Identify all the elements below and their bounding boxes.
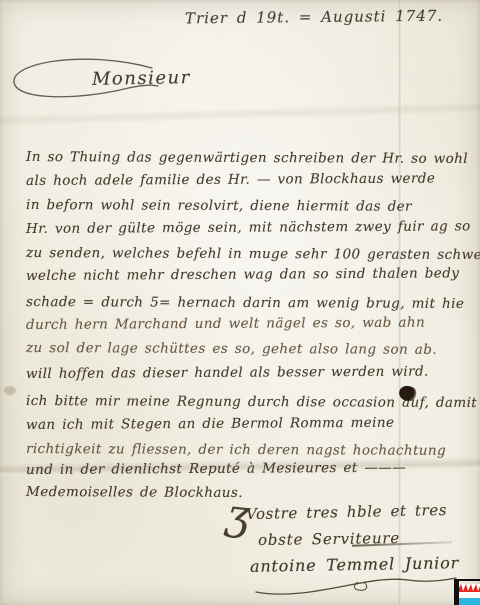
letter-line: und in der dienlichst Reputé à Mesieures… (26, 458, 466, 479)
dateline: Trier d 19t. = Augusti 1747. (185, 7, 443, 28)
letter-line: Hr. von der gülte möge sein, mit nächste… (26, 217, 466, 238)
letter-line: zu sol der lage schüttes es so, gehet al… (26, 339, 466, 359)
letter-line: welche nicht mehr dreschen wag dan so si… (26, 264, 466, 285)
letter-line: schade = durch 5= hernach darin am wenig… (26, 293, 466, 313)
letter-line: in beforn wohl sein resolvirt, diene hie… (26, 196, 466, 216)
letter-line: zu senden, welches befehl in muge sehr 1… (26, 244, 466, 264)
salutation: Monsieur (92, 67, 191, 90)
letter-line: wan ich mit Stegen an die Bermol Romma m… (26, 413, 466, 434)
letter-line: richtigkeit zu fliessen, der ich deren n… (26, 440, 466, 460)
letter-line: durch hern Marchand und welt nägel es so… (26, 313, 466, 334)
letter-line: In so Thuing das gegenwärtigen schreiben… (26, 148, 466, 168)
paper-stain (4, 386, 16, 395)
closing-line-2: obste Serviteure (258, 529, 400, 549)
signature-flourish (248, 572, 460, 602)
corner-flag-icon (454, 577, 480, 605)
letter-line: als hoch adele familie des Hr. — von Blo… (26, 169, 466, 190)
closing-line-1: Vostre tres hble et tres (246, 501, 447, 523)
letter-scan: Trier d 19t. = Augusti 1747. Monsieur In… (0, 0, 480, 605)
letter-line: will hoffen das dieser handel als besser… (26, 362, 466, 383)
